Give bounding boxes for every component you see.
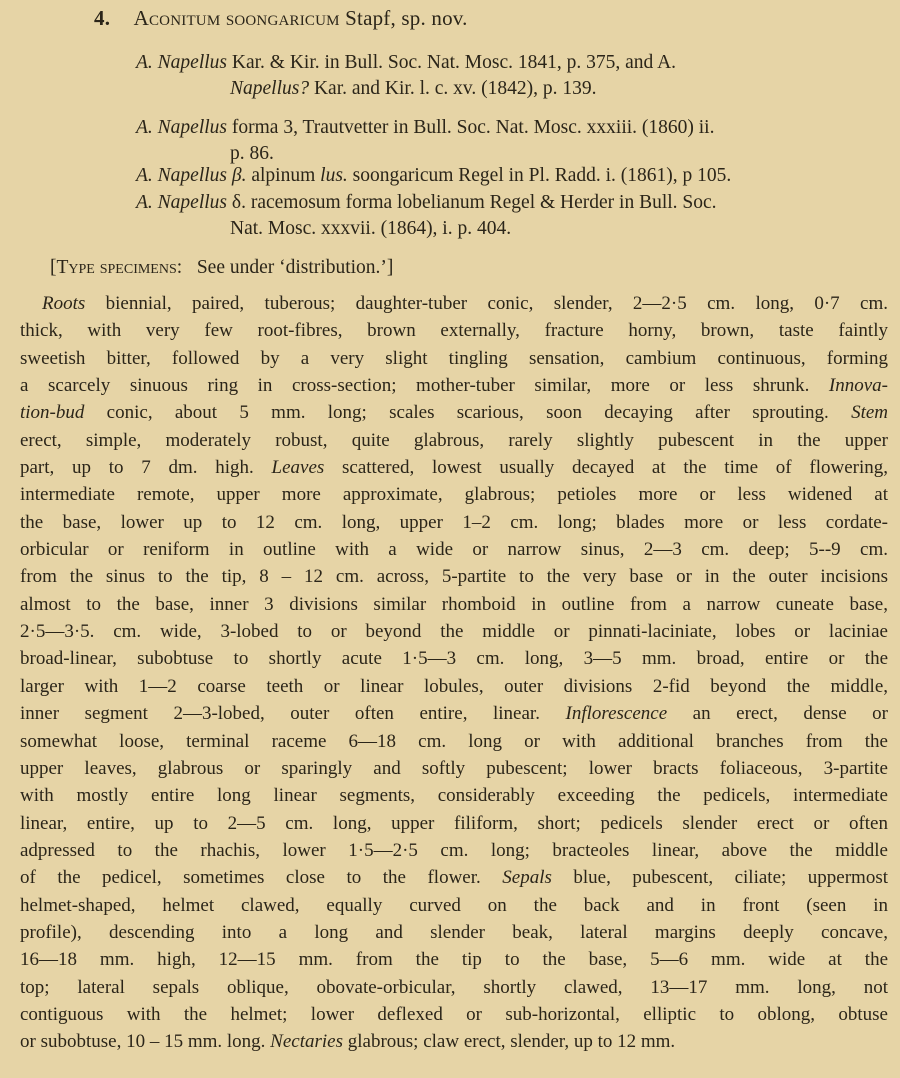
synonym-citation: forma 3, Trautvetter in Bull. Soc. Nat. … — [232, 117, 715, 138]
synonym-name: Napellus — [158, 117, 227, 138]
synonym-name: Napellus — [158, 192, 227, 213]
organ-term: Stem — [851, 402, 888, 423]
description-text: the base, lower up to 12 cm. long, upper… — [20, 512, 888, 533]
document-page: 4. Aconitum soongaricum Stapf, sp. nov. … — [0, 0, 900, 1078]
synonym-name: Napellus? — [230, 78, 309, 99]
description-line: thick, with very few root-fibres, brown … — [20, 317, 888, 344]
type-specimens: [Type specimens: See under ‘distribution… — [50, 257, 393, 279]
synonym-citation: Nat. Mosc. xxxvii. (1864), i. p. 404. — [230, 218, 511, 239]
description-line: inner segment 2—3-lobed, outer often ent… — [20, 700, 888, 727]
description-text: from the sinus to the tip, 8 – 12 cm. ac… — [20, 566, 888, 587]
description-line: sweetish bitter, followed by a very slig… — [20, 345, 888, 372]
description-line: orbicular or reniform in outline with a … — [20, 536, 888, 563]
synonym-entry: A. Napellus Kar. & Kir. in Bull. Soc. Na… — [136, 50, 881, 102]
organ-term: Innova- — [829, 375, 888, 396]
synonym-citation: δ. racemosum forma lobelianum Regel & He… — [232, 192, 717, 213]
description-text: orbicular or reniform in outline with a … — [20, 539, 888, 560]
description-line: intermediate remote, upper more approxim… — [20, 481, 888, 508]
description-line: contiguous with the helmet; lower deflex… — [20, 1001, 888, 1028]
synonym-citation: Kar. and Kir. l. c. xv. (1842), p. 139. — [314, 78, 597, 99]
synonym-entry: A. Napellus forma 3, Trautvetter in Bull… — [136, 115, 881, 167]
description-text: top; lateral sepals oblique, obovate-orb… — [20, 977, 888, 998]
description-line: tion-bud conic, about 5 mm. long; scales… — [20, 399, 888, 426]
synonym-variety: alpinum — [251, 165, 315, 186]
description-line: top; lateral sepals oblique, obovate-orb… — [20, 974, 888, 1001]
description-text: blue, pubescent, ciliate; uppermost — [552, 867, 888, 888]
description-text: broad-linear, subobtuse to shortly acute… — [20, 648, 888, 669]
description-line: helmet-shaped, helmet clawed, equally cu… — [20, 892, 888, 919]
description-text: somewhat loose, terminal raceme 6—18 cm.… — [20, 731, 888, 752]
description-line: profile), descending into a long and sle… — [20, 919, 888, 946]
species-heading: 4. Aconitum soongaricum Stapf, sp. nov. — [94, 6, 468, 31]
genus-name: Aconitum — [134, 6, 221, 30]
description-text: linear, entire, up to 2—5 cm. long, uppe… — [20, 813, 888, 834]
description-text: adpressed to the rhachis, lower 1·5—2·5 … — [20, 840, 888, 861]
synonym-genus-abbr: A. — [136, 192, 153, 213]
organ-term: Roots — [42, 293, 85, 314]
description-text: inner segment 2—3-lobed, outer often ent… — [20, 703, 566, 724]
organ-term: Nectaries — [270, 1031, 343, 1052]
synonym-entry: A. Napellus δ. racemosum forma lobelianu… — [136, 190, 881, 242]
description-text: part, up to 7 dm. high. — [20, 457, 272, 478]
synonym-name: Napellus β. — [158, 165, 247, 186]
description-text: helmet-shaped, helmet clawed, equally cu… — [20, 895, 888, 916]
description-text: erect, simple, moderately robust, quite … — [20, 430, 888, 451]
description-text: glabrous; claw erect, slender, up to 12 … — [343, 1031, 675, 1052]
description-line: linear, entire, up to 2—5 cm. long, uppe… — [20, 810, 888, 837]
description-line: the base, lower up to 12 cm. long, upper… — [20, 509, 888, 536]
description-text: larger with 1—2 coarse teeth or linear l… — [20, 676, 888, 697]
description-line: from the sinus to the tip, 8 – 12 cm. ac… — [20, 563, 888, 590]
description-text: or subobtuse, 10 – 15 mm. long. — [20, 1031, 270, 1052]
species-number: 4. — [94, 6, 110, 30]
description-line: erect, simple, moderately robust, quite … — [20, 427, 888, 454]
description-text: conic, about 5 mm. long; scales scarious… — [84, 402, 851, 423]
description-line: almost to the base, inner 3 divisions si… — [20, 591, 888, 618]
synonym-citation: p. 86. — [230, 143, 274, 164]
description-text: of the pedicel, sometimes close to the f… — [20, 867, 502, 888]
synonym-name: Napellus — [158, 52, 227, 73]
description-text: scattered, lowest usually decayed at the… — [324, 457, 888, 478]
description-text: almost to the base, inner 3 divisions si… — [20, 594, 888, 615]
description-text: sweetish bitter, followed by a very slig… — [20, 348, 888, 369]
description-text: a scarcely sinuous ring in cross-section… — [20, 375, 829, 396]
description-line: part, up to 7 dm. high. Leaves scattered… — [20, 454, 888, 481]
description-line: 16—18 mm. high, 12—15 mm. from the tip t… — [20, 946, 888, 973]
description-text: an erect, dense or — [667, 703, 888, 724]
description-line: broad-linear, subobtuse to shortly acute… — [20, 645, 888, 672]
description-line: somewhat loose, terminal raceme 6—18 cm.… — [20, 728, 888, 755]
organ-term: tion-bud — [20, 402, 84, 423]
description-text: with mostly entire long linear segments,… — [20, 785, 888, 806]
synonym-rank: lus. — [320, 165, 348, 186]
description-line: 2·5—3·5. cm. wide, 3-lobed to or beyond … — [20, 618, 888, 645]
synonym-genus-abbr: A. — [136, 165, 153, 186]
description-text: biennial, paired, tuberous; daughter-tub… — [85, 293, 888, 314]
species-description: Roots biennial, paired, tuberous; daught… — [20, 290, 888, 1056]
description-text: 2·5—3·5. cm. wide, 3-lobed to or beyond … — [20, 621, 888, 642]
type-specimens-label: Type specimens: — [57, 257, 183, 278]
species-epithet: soongaricum — [226, 6, 340, 30]
description-line: or subobtuse, 10 – 15 mm. long. Nectarie… — [20, 1028, 888, 1055]
synonym-citation: soongaricum Regel in Pl. Radd. i. (1861)… — [353, 165, 732, 186]
description-text: 16—18 mm. high, 12—15 mm. from the tip t… — [20, 949, 888, 970]
description-line: upper leaves, glabrous or sparingly and … — [20, 755, 888, 782]
type-specimens-text: See under ‘distribution.’] — [197, 257, 394, 278]
description-text: intermediate remote, upper more approxim… — [20, 484, 888, 505]
organ-term: Leaves — [272, 457, 325, 478]
description-line: Roots biennial, paired, tuberous; daught… — [20, 290, 888, 317]
description-text: thick, with very few root-fibres, brown … — [20, 320, 888, 341]
description-text: profile), descending into a long and sle… — [20, 922, 888, 943]
species-authority: Stapf, sp. nov. — [345, 6, 467, 30]
synonym-genus-abbr: A. — [136, 117, 153, 138]
description-text: contiguous with the helmet; lower deflex… — [20, 1004, 888, 1025]
description-line: with mostly entire long linear segments,… — [20, 782, 888, 809]
synonym-entry: A. Napellus β. alpinum lus. soongaricum … — [136, 163, 881, 189]
organ-term: Sepals — [502, 867, 552, 888]
description-text: upper leaves, glabrous or sparingly and … — [20, 758, 888, 779]
description-line: a scarcely sinuous ring in cross-section… — [20, 372, 888, 399]
description-line: of the pedicel, sometimes close to the f… — [20, 864, 888, 891]
organ-term: Inflorescence — [566, 703, 668, 724]
synonym-citation: Kar. & Kir. in Bull. Soc. Nat. Mosc. 184… — [232, 52, 676, 73]
description-line: adpressed to the rhachis, lower 1·5—2·5 … — [20, 837, 888, 864]
synonym-genus-abbr: A. — [136, 52, 153, 73]
description-line: larger with 1—2 coarse teeth or linear l… — [20, 673, 888, 700]
